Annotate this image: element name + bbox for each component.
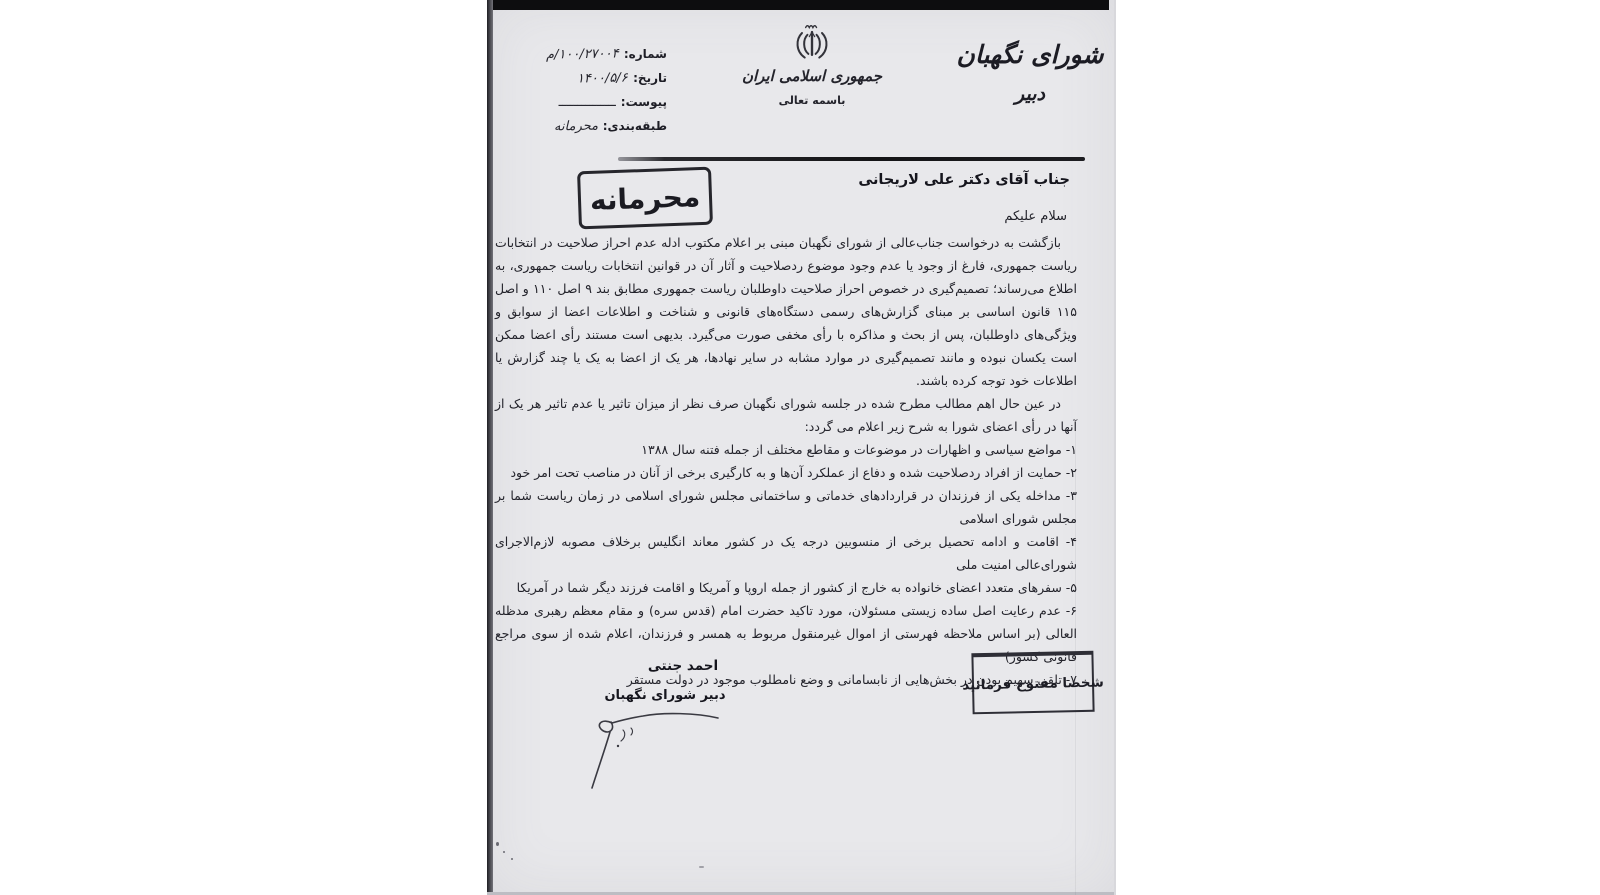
ink-speck xyxy=(511,858,513,860)
ink-speck xyxy=(699,866,704,868)
list-item: ۱- مواضع سیاسی و اظهارات در موضوعات و مق… xyxy=(495,438,1077,461)
meta-number-value: ۱۰۰/۲۷۰۰۴/م xyxy=(546,46,619,63)
salutation: سلام علیکم xyxy=(1004,209,1067,224)
meta-date-value: ۱۴۰۰/۵/۶ xyxy=(577,71,628,88)
letterhead-org-block: شورای نگهبان دبیر xyxy=(950,40,1110,105)
letterhead-meta-block: شماره: ۱۰۰/۲۷۰۰۴/م تاریخ: ۱۴۰۰/۵/۶ پیوست… xyxy=(495,46,667,142)
meta-classification-value: محرمانه xyxy=(554,119,598,136)
signer-name: احمد جنتی xyxy=(628,658,738,674)
paragraph: بازگشت به درخواست جناب‌عالی از شورای نگه… xyxy=(495,231,1077,392)
iran-emblem-icon xyxy=(712,22,912,64)
signature-scribble xyxy=(585,708,725,797)
ink-speck xyxy=(496,842,499,846)
scan-edge-top xyxy=(492,0,1109,10)
header-separator-line xyxy=(618,157,1085,161)
meta-number-label: شماره: xyxy=(624,46,667,62)
scan-edge-left xyxy=(487,0,493,895)
list-item: ۵- سفرهای متعدد اعضای خانواده به خارج از… xyxy=(495,576,1077,599)
bismillah: باسمه تعالی xyxy=(712,94,912,107)
signer-title: دبیر شورای نگهبان xyxy=(600,688,730,703)
meta-classification-row: طبقه‌بندی: محرمانه xyxy=(495,118,667,135)
letter-body: بازگشت به درخواست جناب‌عالی از شورای نگه… xyxy=(495,231,1077,691)
page: شورای نگهبان دبیر جمهوری اس xyxy=(0,0,1600,895)
list-item: ۴- اقامت و ادامه تحصیل برخی از منسوبین د… xyxy=(495,530,1077,576)
org-name: شورای نگهبان xyxy=(950,40,1110,69)
meta-attachment-row: پیوست: ـــــــــــــــ xyxy=(495,94,667,111)
meta-date-row: تاریخ: ۱۴۰۰/۵/۶ xyxy=(495,70,667,87)
country-title: جمهوری اسلامی ایران xyxy=(712,67,912,85)
org-role: دبیر xyxy=(950,83,1110,105)
meta-number-row: شماره: ۱۰۰/۲۷۰۰۴/م xyxy=(495,46,667,63)
scanned-letter: شورای نگهبان دبیر جمهوری اس xyxy=(487,0,1116,895)
meta-attachment-value: ـــــــــــــــ xyxy=(559,95,616,111)
list-item: ۲- حمایت از افراد ردصلاحیت شده و دفاع از… xyxy=(495,461,1077,484)
letterhead-center-block: جمهوری اسلامی ایران باسمه تعالی xyxy=(712,22,912,107)
meta-classification-label: طبقه‌بندی: xyxy=(603,118,667,134)
ink-speck xyxy=(503,851,505,853)
recipient-line: جناب آقای دکتر علی لاریجانی xyxy=(858,172,1070,188)
scan-edge-right xyxy=(1114,0,1116,895)
list-item: ۳- مداخله یکی از فرزندان در قراردادهای خ… xyxy=(495,484,1077,530)
paragraph: در عین حال اهم مطالب مطرح شده در جلسه شو… xyxy=(495,392,1077,438)
meta-attachment-label: پیوست: xyxy=(621,94,667,110)
meta-date-label: تاریخ: xyxy=(633,70,667,86)
open-personally-stamp: شخصا مفتوح فرمائید xyxy=(971,651,1094,715)
confidential-stamp: محرمانه xyxy=(577,167,713,230)
